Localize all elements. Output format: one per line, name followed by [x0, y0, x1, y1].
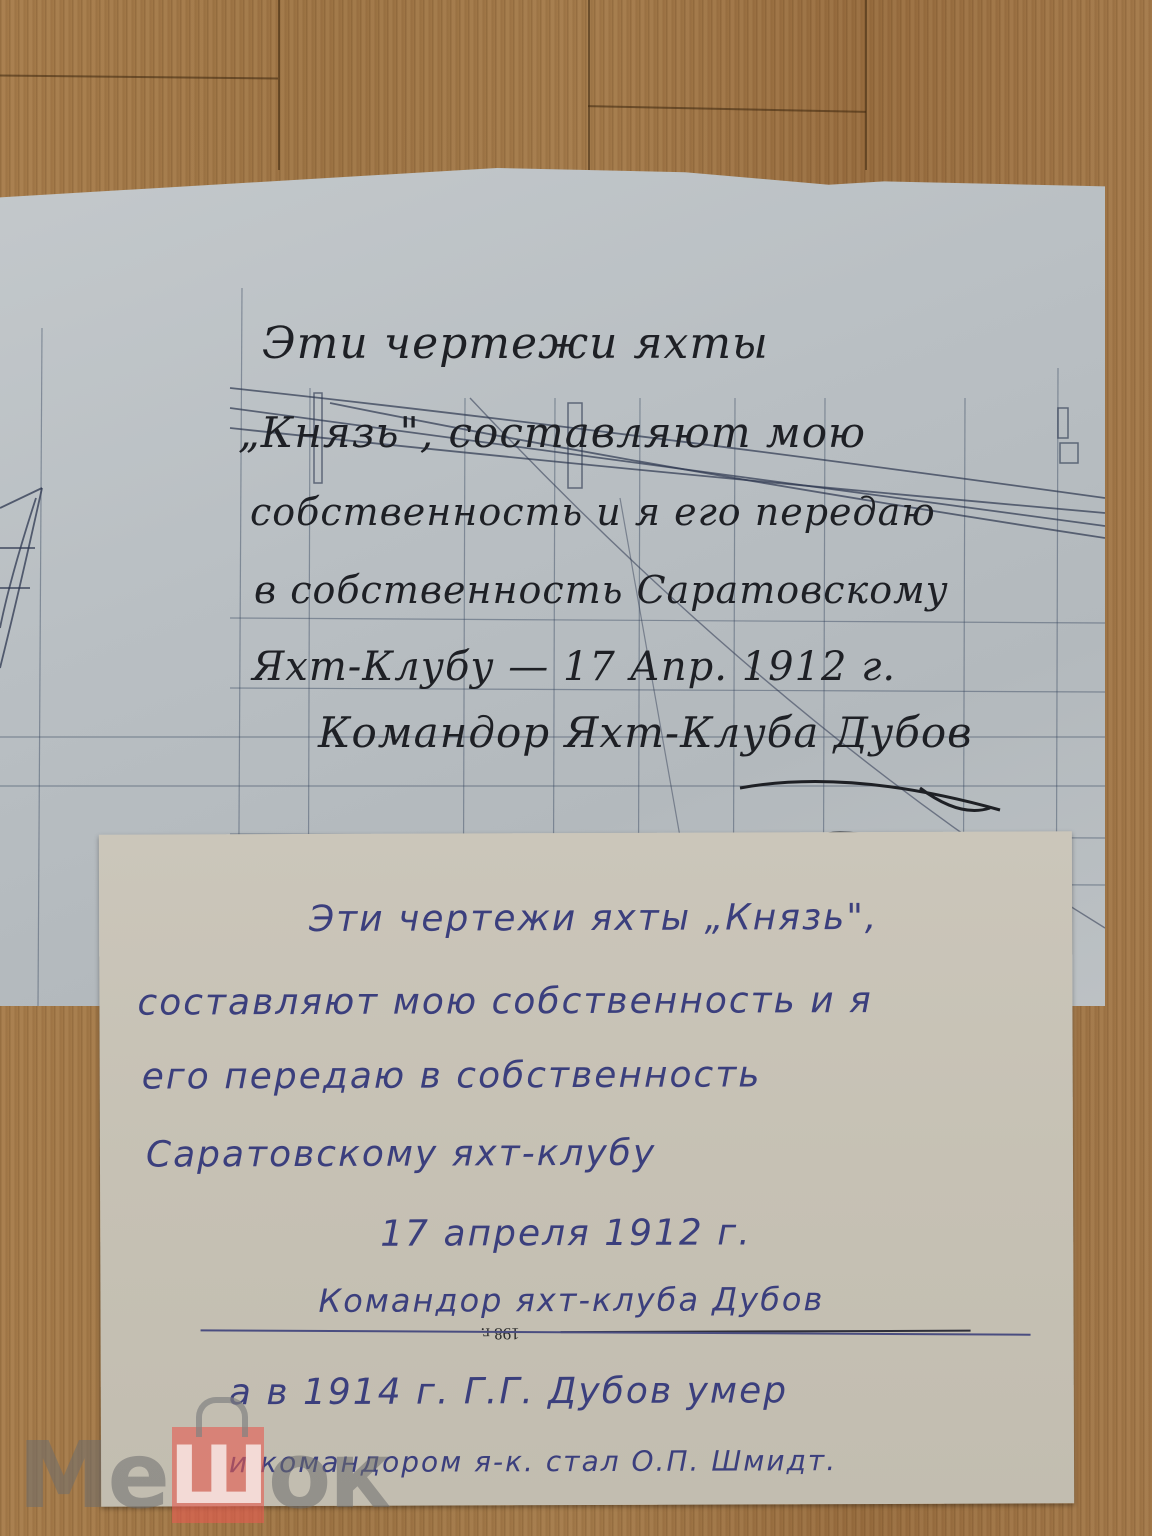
watermark-text-left: Ме	[18, 1422, 168, 1529]
floor-seam	[588, 0, 590, 170]
inscription-line-2: „Князь", составляют мою	[238, 408, 866, 457]
inscription-line-1: Эти чертежи яхты	[262, 318, 769, 369]
card-date: 17 апреля 1912 г.	[380, 1212, 752, 1254]
inscription-line-5: Яхт-Клубу — 17 Апр. 1912 г.	[252, 644, 896, 690]
card-line-3: его передаю в собственность	[142, 1054, 762, 1097]
inscription-line-4: в собственность Саратовскому	[254, 568, 949, 612]
card-signature: Командор яхт-клуба Дубов	[318, 1280, 824, 1320]
card-line-4: Саратовскому яхт-клубу	[146, 1133, 656, 1176]
watermark-text-right: ок	[268, 1422, 390, 1529]
bag-handle	[196, 1397, 248, 1437]
meshok-watermark: Ме Ш ок	[18, 1430, 390, 1520]
transcription-card: Эти чертежи яхты „Князь", составляют мою…	[99, 831, 1074, 1506]
card-line-1: Эти чертежи яхты „Князь",	[309, 897, 878, 940]
card-footnote-line-1: а в 1914 г. Г.Г. Дубов умер	[229, 1370, 788, 1413]
card-line-2: составляют мою собственность и я	[137, 980, 872, 1024]
shopping-bag-icon: Ш	[172, 1427, 264, 1523]
floor-seam	[278, 0, 280, 170]
watermark-text-bag: Ш	[170, 1429, 267, 1522]
floor-seam	[865, 0, 867, 170]
inscription-line-3: собственность и я его передаю	[250, 490, 936, 534]
printed-year-field: 198 г.	[481, 1323, 520, 1343]
inscription-signature: Командор Яхт-Клуба Дубов	[318, 708, 973, 757]
